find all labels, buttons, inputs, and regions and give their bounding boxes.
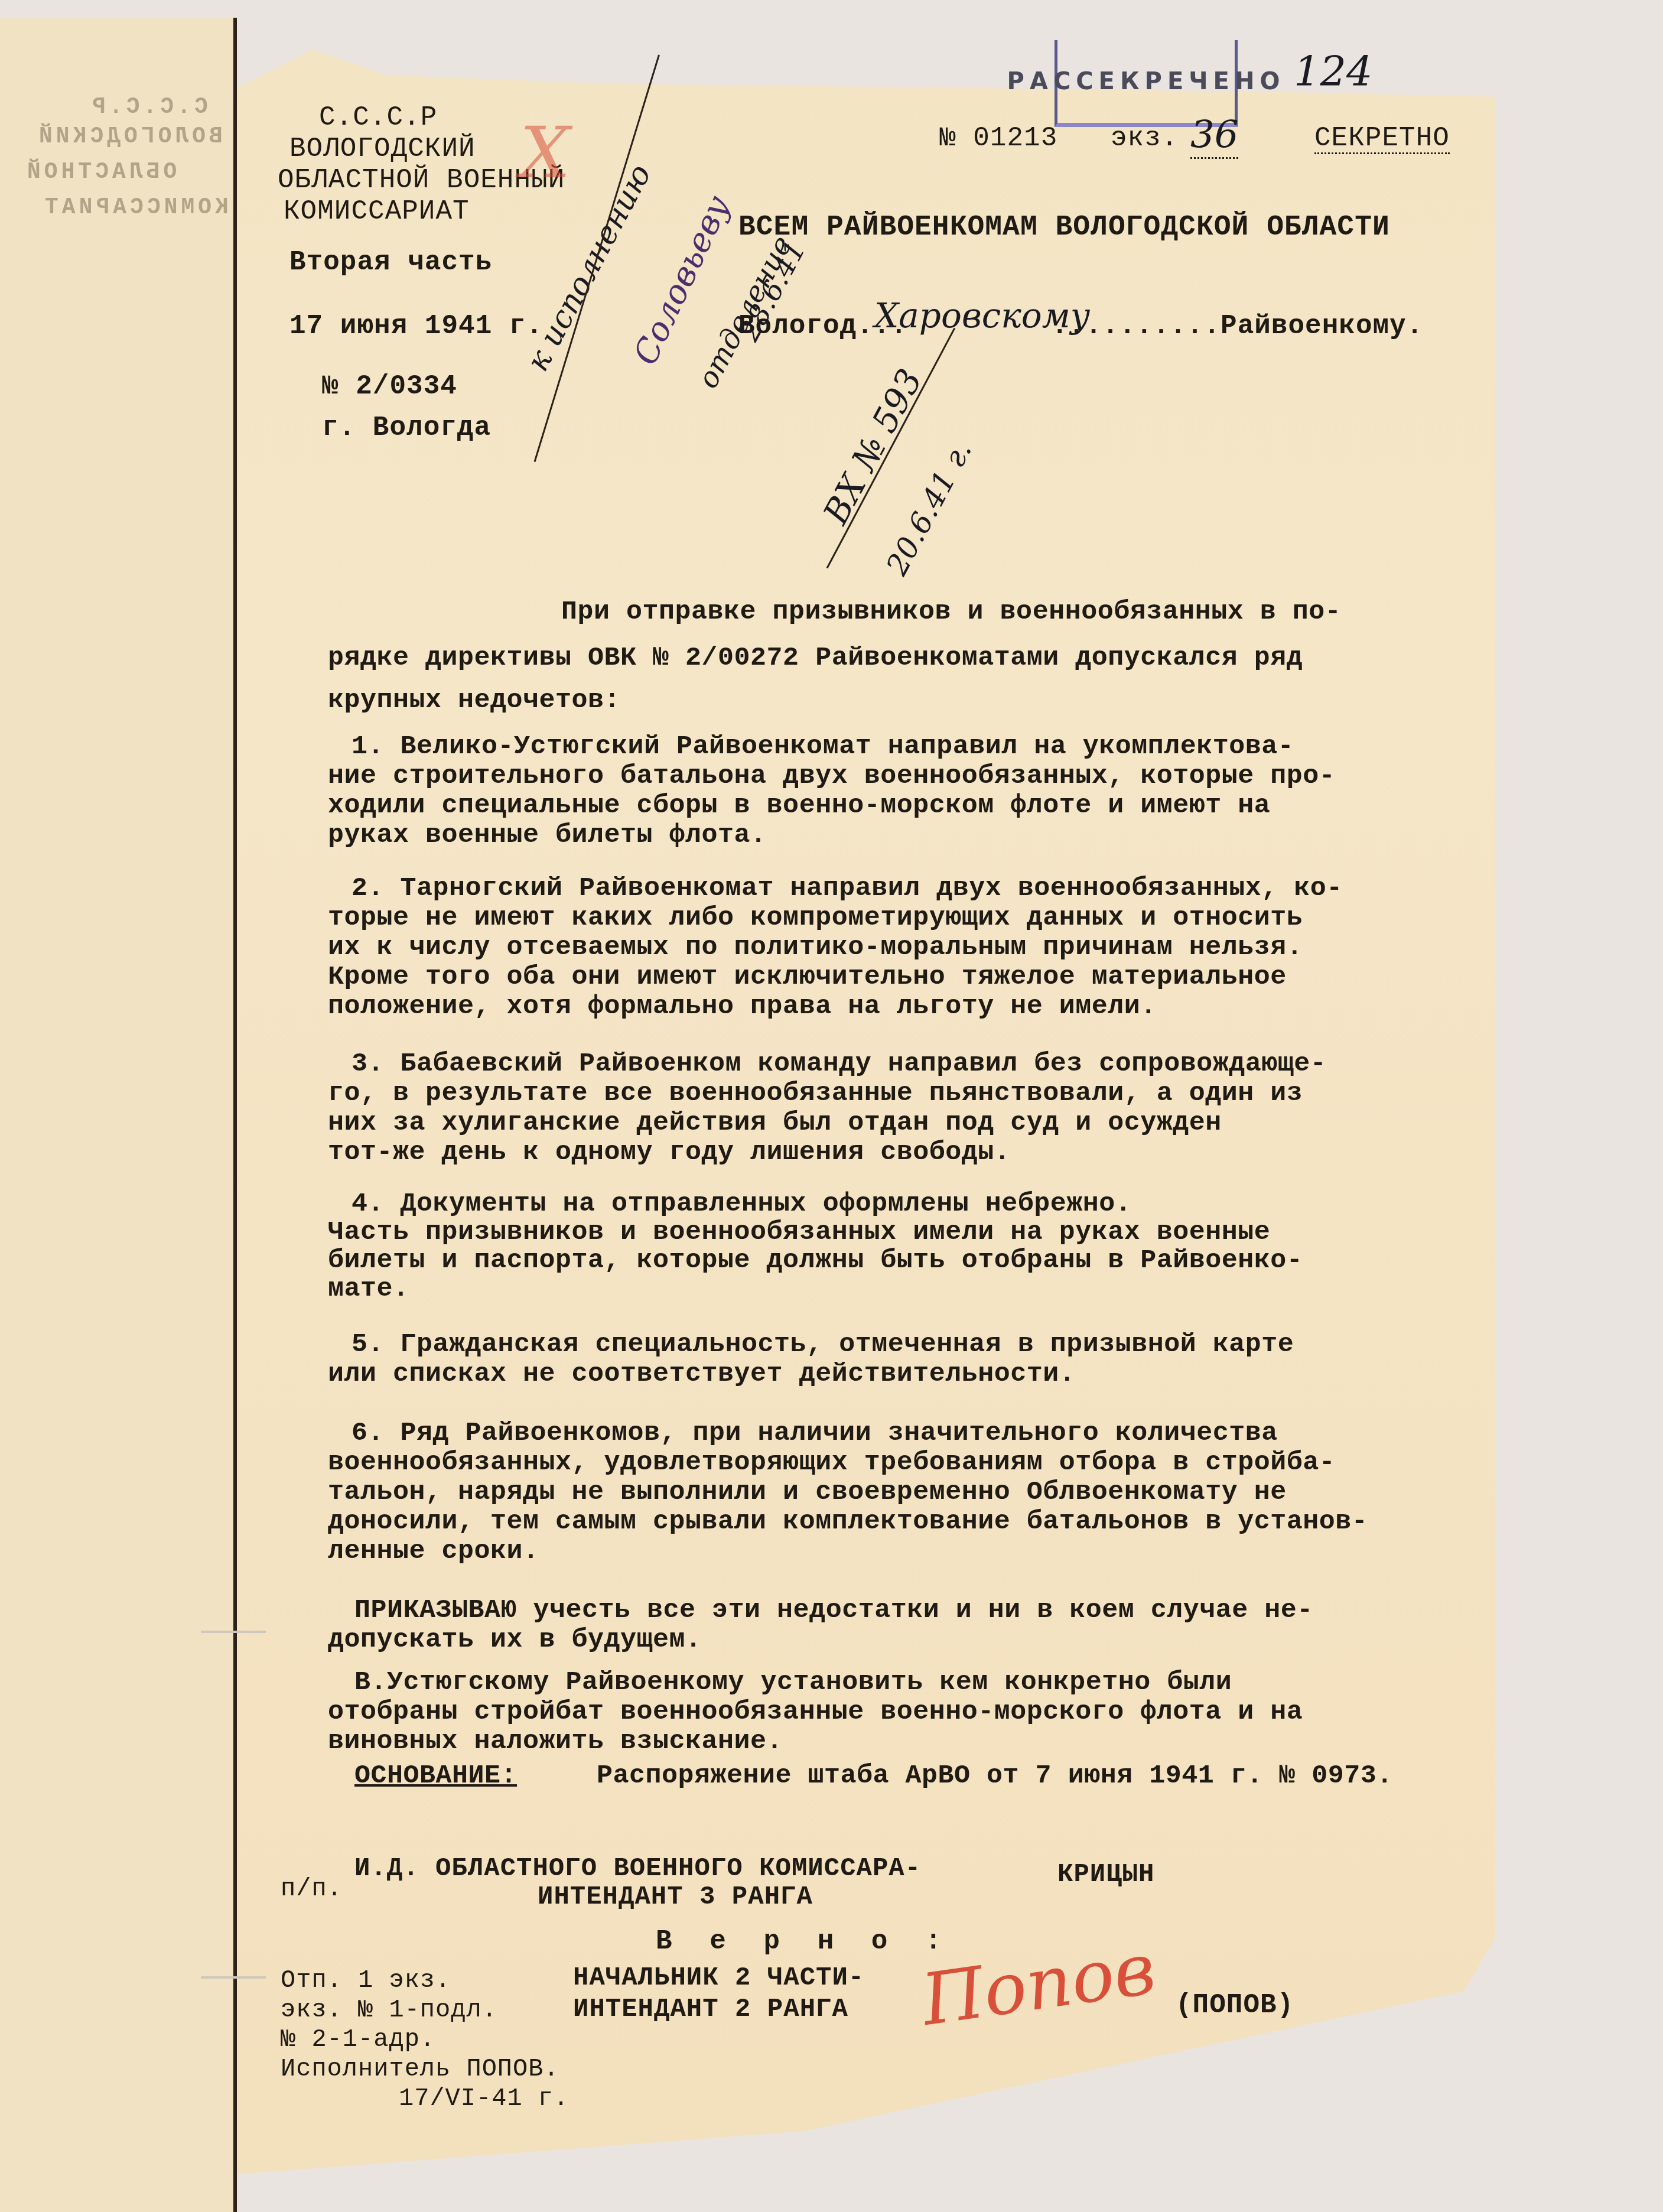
certifier-title: НАЧАЛЬНИК 2 ЧАСТИ- (573, 1964, 864, 1992)
city: г. Вологда (322, 414, 491, 442)
folio-number: 124 (1294, 47, 1373, 96)
item-6-line: 6. Ряд Райвоенкомов, при наличии значите… (352, 1418, 1278, 1448)
reference-number: № 2/0334 (322, 372, 457, 401)
copy-note: экз. № 1-подл. (281, 1997, 497, 2023)
item-2-line: торые не имеют каких либо компрометирующ… (328, 903, 1303, 933)
intro-line: При отправке призывников и военнообязанн… (561, 597, 1341, 627)
item-3-line: тот-же день к одному году лишения свобод… (328, 1137, 1010, 1167)
item-6-line: военнообязанных, удовлетворяющих требова… (328, 1447, 1335, 1478)
letterhead-region: ВОЛОГОДСКИЙ (289, 135, 476, 163)
intro-line: крупных недочетов: (328, 685, 620, 715)
item-2-line: их к числу отсеваемых по политико-мораль… (328, 932, 1303, 962)
copy-number: 36 (1190, 113, 1238, 159)
document-date: 17 июня 1941 г. (289, 312, 543, 340)
order-2-line: В.Устюгскому Райвоенкому установить кем … (354, 1667, 1232, 1697)
classification-label: СЕКРЕТНО (1314, 124, 1450, 154)
copy-note: № 2-1-адр. (281, 2026, 435, 2052)
item-1-line: руках военные билеты флота. (328, 820, 767, 850)
bleed-through-text: С.С.С.Р (89, 95, 208, 120)
copy-label: экз. (1111, 124, 1178, 152)
previous-page-edge: С.С.С.Р ВОЛОГОДСКИЙ ОБЛАСТНОЙ КОМИССАРИА… (0, 18, 237, 2212)
item-1-line: ходили специальные сборы в военно-морско… (328, 791, 1270, 821)
binding-thread (201, 1631, 266, 1633)
stamp-label: РАССЕКРЕЧЕНО (1007, 68, 1286, 95)
copy-note: Отп. 1 экз. (281, 1967, 451, 1993)
item-3-line: 3. Бабаевский Райвоенком команду направи… (352, 1049, 1326, 1079)
item-4-line: мате. (328, 1274, 409, 1304)
executor: Исполнитель ПОПОВ. (281, 2056, 559, 2082)
bleed-through-text: ОБЛАСТНОЙ (24, 160, 177, 185)
letterhead-commissariat: КОМИССАРИАТ (284, 197, 470, 226)
order-2-line: отобраны стройбат военнообязанные военно… (328, 1697, 1303, 1727)
certifier-rank: ИНТЕНДАНТ 2 РАНГА (573, 1996, 848, 2023)
certifier-name: (ПОПОВ) (1176, 1991, 1294, 2019)
executor-date: 17/VI-41 г. (399, 2086, 569, 2112)
item-1-line: 1. Велико-Устюгский Райвоенкомат направи… (352, 731, 1294, 762)
bleed-through-text: ВОЛОГОДСКИЙ (35, 124, 223, 149)
order-2-line: виновных наложить взыскание. (328, 1726, 783, 1756)
intro-line: рядке директивы ОВК № 2/00272 Райвоенком… (328, 643, 1303, 673)
item-6-line: ленные сроки. (328, 1536, 539, 1566)
order-line: допускать их в будущем. (328, 1625, 702, 1655)
letterhead-country: С.С.С.Р (319, 103, 437, 132)
item-4-line: билеты и паспорта, которые должны быть о… (328, 1245, 1303, 1276)
signatory-title: И.Д. ОБЛАСТНОГО ВОЕННОГО КОМИССАРА- (354, 1855, 921, 1882)
bleed-through-text: КОМИССАРИАТ (41, 195, 229, 220)
binding-thread (201, 1976, 266, 1979)
addressee-suffix: ..........Райвоенкому. (1052, 312, 1423, 340)
item-2-line: положение, хотя формально права на льгот… (328, 991, 1157, 1022)
item-4-line: Часть призывников и военнообязанных имел… (328, 1217, 1270, 1247)
basis-label: ОСНОВАНИЕ: (354, 1761, 517, 1791)
item-2-line: 2. Тарногский Райвоенкомат направил двух… (352, 873, 1343, 903)
signed-mark: п/п. (281, 1876, 343, 1902)
item-5-line: или списках не соответствует действитель… (328, 1359, 1075, 1389)
addressee-line: ВСЕМ РАЙВОЕНКОМАМ ВОЛОГОДСКОЙ ОБЛАСТИ (738, 213, 1390, 242)
department: Вторая часть (289, 248, 492, 276)
signatory-name: КРИЦЫН (1057, 1861, 1154, 1888)
item-2-line: Кроме того оба они имеют исключительно т… (328, 962, 1287, 992)
basis-text: Распоряжение штаба АрВО от 7 июня 1941 г… (597, 1761, 1393, 1791)
item-6-line: доносили, тем самым срывали комплектован… (328, 1507, 1368, 1537)
red-cross-mark: X (520, 112, 570, 194)
item-1-line: ние строительного батальона двух военноо… (328, 761, 1335, 791)
item-3-line: них за хулиганские действия был отдан по… (328, 1108, 1222, 1138)
item-6-line: тальон, наряды не выполнили и своевремен… (328, 1477, 1287, 1507)
document-number: № 01213 (939, 124, 1057, 152)
certified-true-label: В е р н о : (656, 1927, 952, 1956)
item-5-line: 5. Гражданская специальность, отмеченная… (352, 1329, 1294, 1359)
order-line: ПРИКАЗЫВАЮ учесть все эти недостатки и н… (354, 1595, 1313, 1625)
signatory-rank: ИНТЕНДАНТ 3 РАНГА (538, 1884, 813, 1911)
item-4-line: 4. Документы на отправленных оформлены н… (352, 1189, 1131, 1219)
item-3-line: го, в результате все военнообязанные пья… (328, 1078, 1303, 1108)
